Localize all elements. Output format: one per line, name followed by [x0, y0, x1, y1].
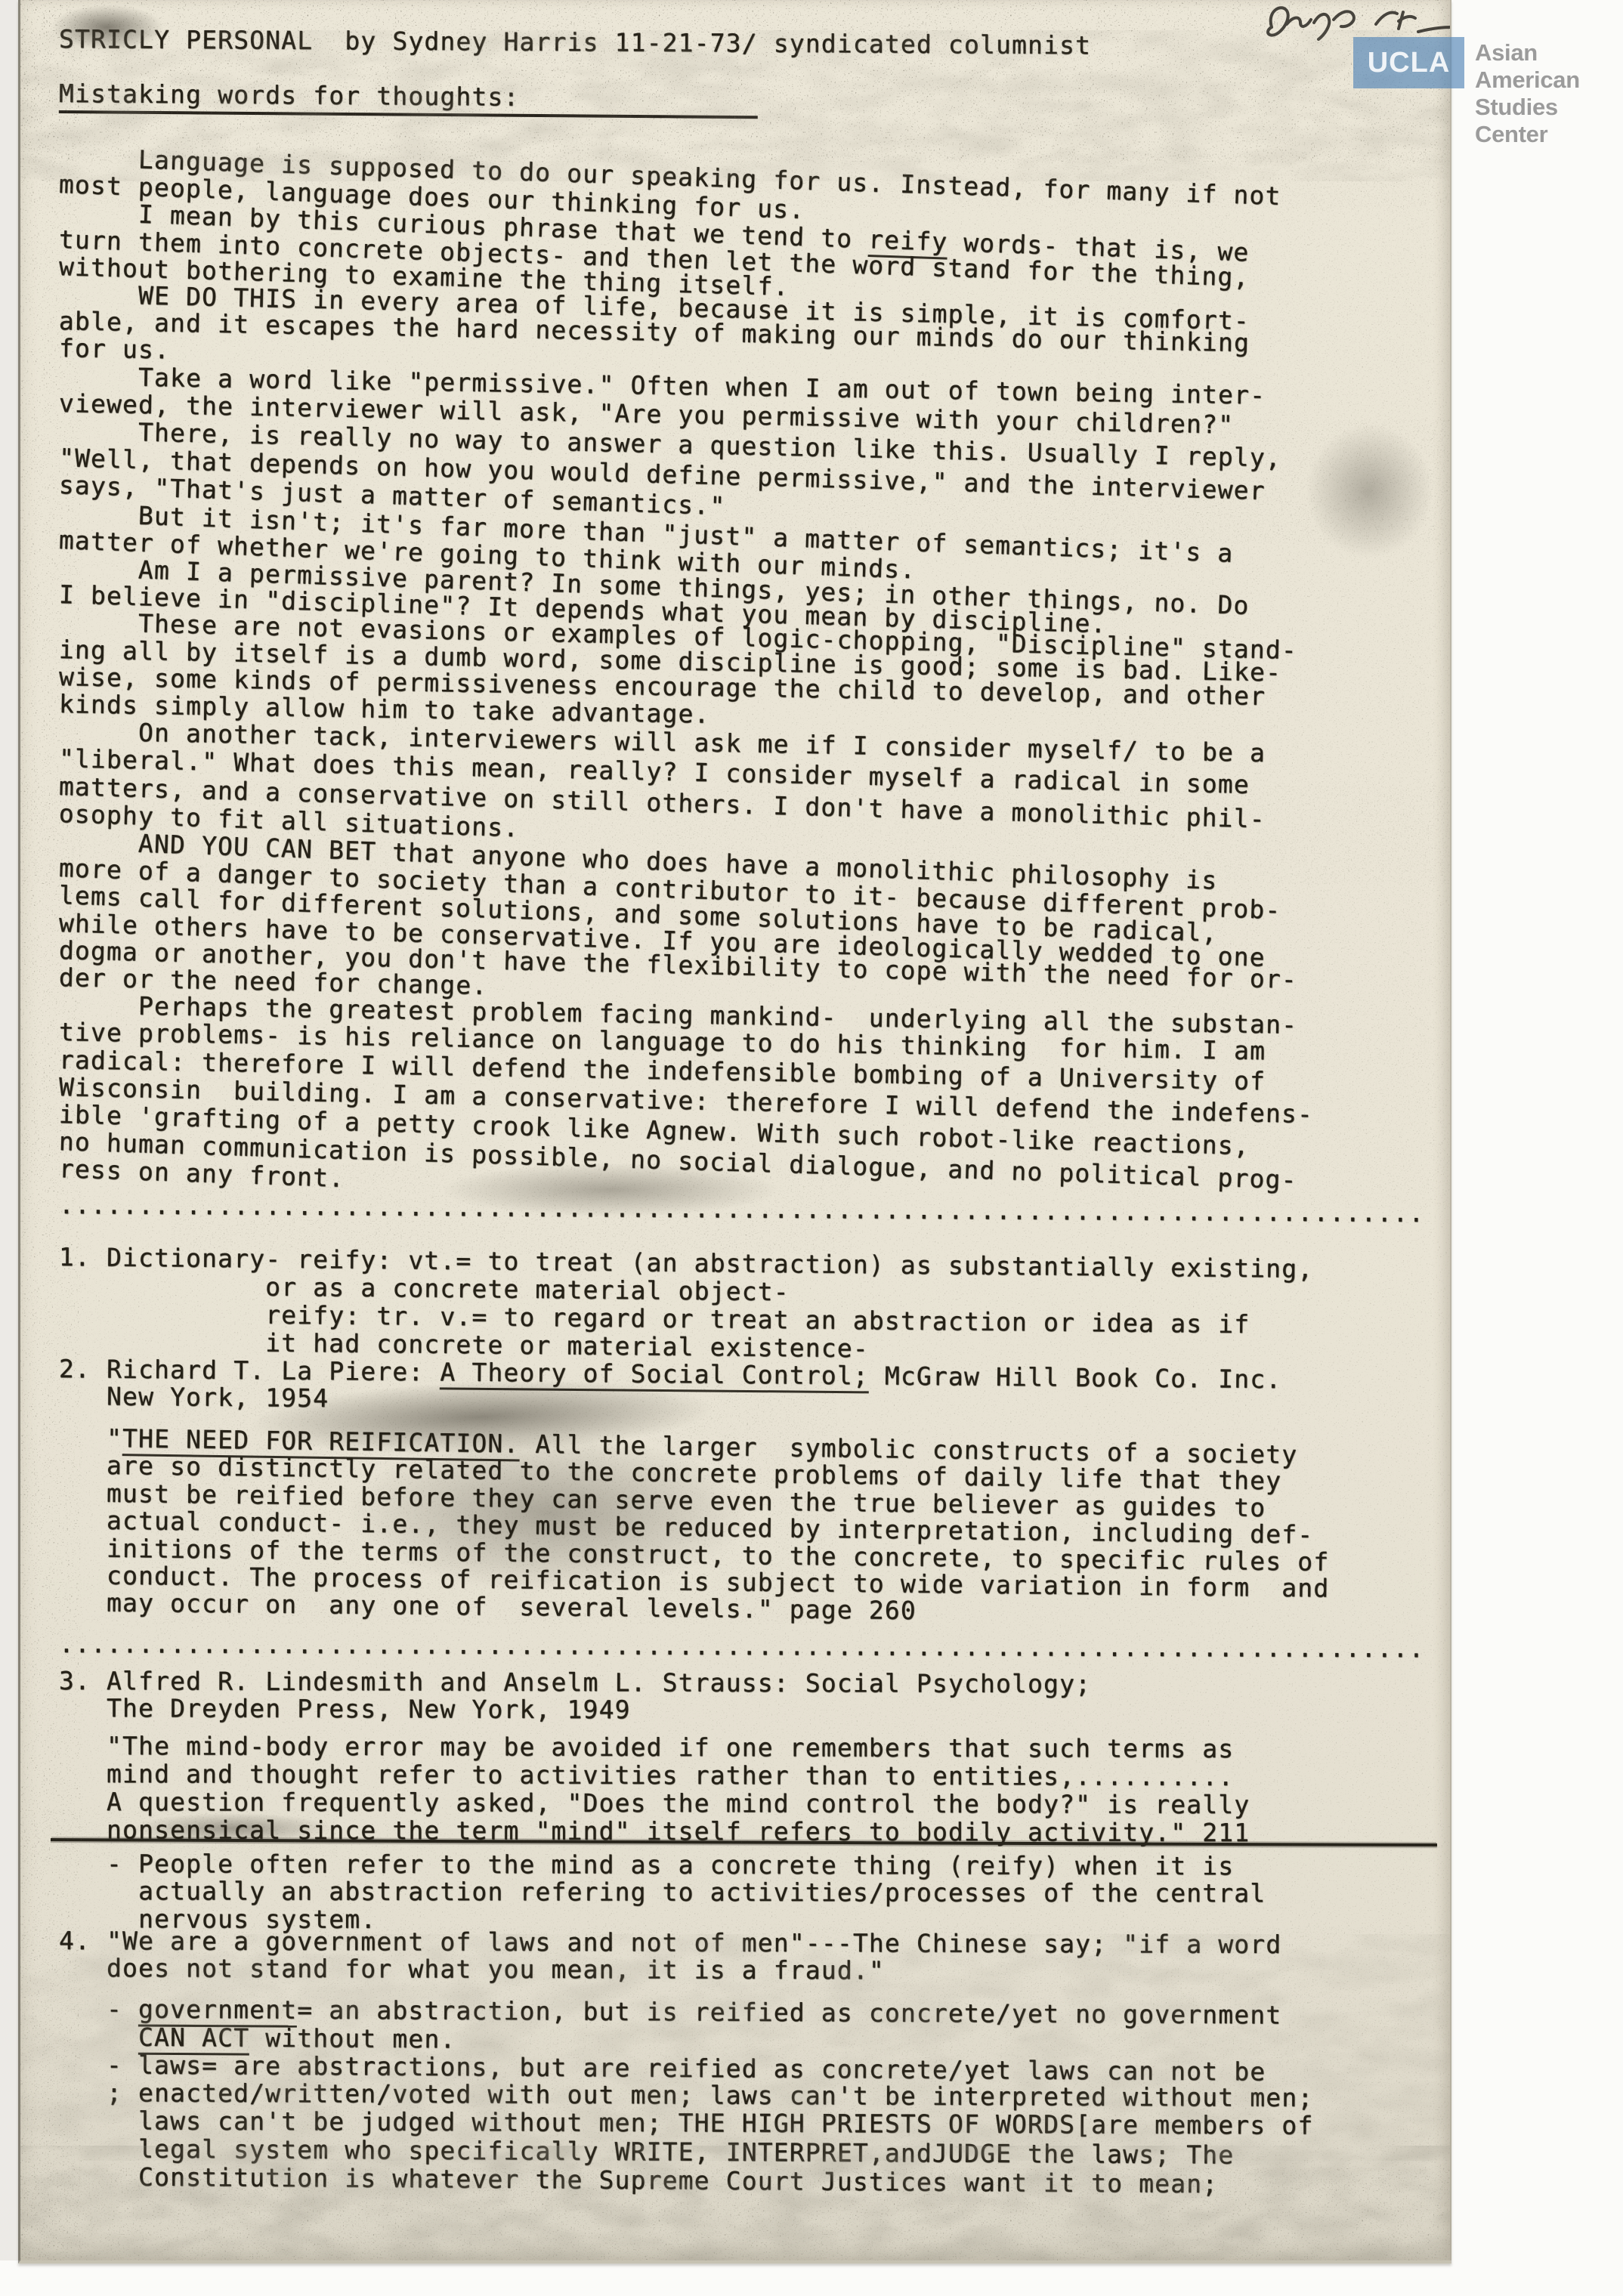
- text-line: A question frequently asked, "Does the m…: [59, 1788, 1427, 1819]
- ucla-logo-text: UCLA: [1368, 47, 1451, 79]
- document-header: STRICLY PERSONAL by Sydney Harris 11-21-…: [59, 26, 1427, 61]
- dotted-separator: ........................................…: [59, 1191, 1427, 1227]
- scanner-margin-left: [0, 0, 18, 2296]
- watermark-org-line2: Studies Center: [1475, 94, 1623, 148]
- text-line: The Dreyden Press, New York, 1949: [59, 1695, 1427, 1726]
- text-line: mind and thought refer to activities rat…: [59, 1760, 1427, 1791]
- text-line: "The mind-body error may be avoided if o…: [59, 1732, 1427, 1763]
- scanned-document-paper: STRICLY PERSONAL by Sydney Harris 11-21-…: [18, 0, 1451, 2264]
- watermark-org-line1: Asian American: [1475, 39, 1623, 94]
- document-title-text: Mistaking words for thoughts:: [59, 79, 758, 119]
- watermark-org-name: Asian American Studies Center: [1475, 39, 1623, 148]
- document-title: Mistaking words for thoughts:: [59, 80, 1427, 118]
- text-line: actually an abstraction refering to acti…: [59, 1877, 1427, 1908]
- text-line: does not stand for what you mean, it is …: [59, 1955, 1427, 1986]
- scanner-margin-bottom: [0, 2260, 1623, 2296]
- scanner-margin-right: [1448, 0, 1623, 2296]
- dotted-separator: ........................................…: [59, 1630, 1427, 1662]
- ucla-logo: UCLA: [1353, 37, 1464, 88]
- typewritten-text-layer: STRICLY PERSONAL by Sydney Harris 11-21-…: [20, 0, 1450, 2260]
